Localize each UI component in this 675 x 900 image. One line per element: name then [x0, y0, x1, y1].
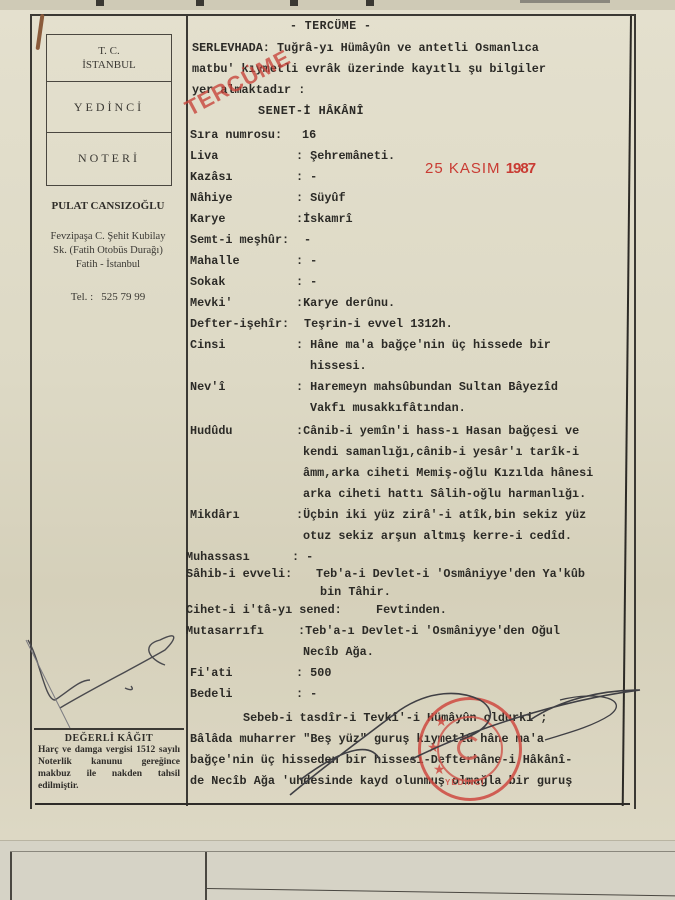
field-kaza: Kazâsı: -: [190, 170, 232, 184]
notary-ordinal: YEDİNCİ: [47, 82, 171, 133]
field-karye: Karye:İskamrî: [190, 212, 225, 226]
field-label: Sokak: [190, 275, 225, 289]
field-value: : -: [296, 687, 317, 701]
field-value-continued: arka ciheti hattı Sâlih-oğlu harmanlığı.: [303, 487, 586, 501]
star-icon: ★: [433, 762, 446, 779]
field-value-continued: Necîb Ağa.: [303, 645, 374, 659]
notary-header-box: T. C. İSTANBUL YEDİNCİ NOTERİ: [46, 34, 172, 186]
field-label: Mevki': [190, 296, 232, 310]
lower-sheet-border: [10, 852, 12, 900]
field-liva: Liva: Şehremâneti.: [190, 149, 218, 163]
field-value: : Süyûf: [296, 191, 346, 205]
field-value: :Teb'a-ı Devlet-i 'Osmâniyye'den Oğul: [298, 624, 560, 638]
fee-notice: DEĞERLİ KÂĞIT Harç ve damga vergisi 1512…: [34, 728, 184, 802]
field-label: Muhassası: [186, 550, 250, 564]
address-line: Fatih - İstanbul: [36, 258, 180, 272]
field-label: Fi'ati: [190, 666, 232, 680]
field-value: Fevtinden.: [376, 603, 447, 617]
field-nevi: Nev'î: Haremeyn mahsûbundan Sultan Bâyez…: [190, 380, 225, 394]
fee-notice-text: Harç ve damga vergisi 1512 sayılı Noterl…: [34, 744, 184, 792]
field-value: : -: [296, 170, 317, 184]
field-value-continued: otuz sekiz arşun altmış kerre-i cedîd.: [303, 529, 572, 543]
crescent-icon: [457, 736, 481, 760]
address-line: Sk. (Fatih Otobüs Durağı): [36, 244, 180, 258]
field-mevki: Mevki':Karye derûnu.: [190, 296, 232, 310]
field-value-continued: Vakfı musakkıfâtından.: [310, 401, 466, 415]
field-value: : -: [296, 275, 317, 289]
field-fiati: Fi'ati: 500: [190, 666, 232, 680]
field-mikdari: Mikdârı:Üçbin iki yüz zirâ'-i atîk,bin s…: [190, 508, 240, 522]
date-stamp-day-month: 25 KASIM: [425, 160, 501, 177]
field-label: Kazâsı: [190, 170, 232, 184]
field-value: :Karye derûnu.: [296, 296, 395, 310]
field-value: :Üçbin iki yüz zirâ'-i atîk,bin sekiz yü…: [296, 508, 586, 522]
star-icon: ★: [435, 714, 448, 731]
field-sahib-evveli: Sâhib-i evveli:Teb'a-i Devlet-i 'Osmâniy…: [186, 567, 292, 581]
date-stamp-year: 1987: [506, 160, 535, 177]
field-label: Semt-i meşhûr:: [190, 233, 289, 247]
field-value: :Cânib-i yemîn'i hass-ı Hasan bağçesi ve: [296, 424, 579, 438]
seal-text: YEDİNCİ: [445, 778, 484, 787]
field-muhassasi: Muhassası: -: [186, 550, 250, 564]
field-value-continued: bin Tâhir.: [320, 585, 391, 599]
notary-seal: ★ ★ ★ YEDİNCİ: [418, 697, 522, 801]
field-label: Nev'î: [190, 380, 225, 394]
lower-sheet-rule: [10, 851, 675, 852]
field-label: Karye: [190, 212, 225, 226]
field-sokak: Sokak: -: [190, 275, 225, 289]
field-label: Cinsi: [190, 338, 225, 352]
country-label: T. C.: [98, 44, 120, 58]
field-value: Teşrin-i evvel 1312h.: [304, 317, 453, 331]
intro-line: SERLEVHADA: Tuğrâ-yı Hümâyûn ve antetli …: [192, 41, 539, 55]
field-value: :İskamrî: [296, 212, 353, 226]
notary-label: NOTERİ: [78, 151, 140, 166]
field-mahalle: Mahalle: -: [190, 254, 240, 268]
address-line: Fevzipaşa C. Şehit Kubilay: [36, 230, 180, 244]
field-label: Hudûdu: [190, 424, 232, 438]
field-label: Sıra numrosu:: [190, 128, 282, 142]
field-hududu: Hudûdu:Cânib-i yemîn'i hass-ı Hasan bağç…: [190, 424, 232, 438]
field-value: Teb'a-i Devlet-i 'Osmâniyye'den Ya'kûb: [316, 567, 585, 581]
field-label: Liva: [190, 149, 218, 163]
notary-title: NOTERİ: [47, 133, 171, 183]
field-label: Cihet-i i'tâ-yı sened:: [186, 603, 342, 617]
field-value-continued: hissesi.: [310, 359, 367, 373]
field-defter: Defter-işehîr:Teşrin-i evvel 1312h.: [190, 317, 289, 331]
ordinal-label: YEDİNCİ: [74, 100, 144, 115]
field-cinsi: Cinsi: Hâne ma'a bağçe'nin üç hissede bi…: [190, 338, 225, 352]
field-value: : Şehremâneti.: [296, 149, 395, 163]
document-heading: - TERCÜME -: [290, 20, 371, 33]
bottom-rule: [35, 803, 630, 805]
field-bedeli: Bedeli: -: [190, 687, 232, 701]
field-semt: Semt-i meşhûr:-: [190, 233, 289, 247]
field-label: Bedeli: [190, 687, 232, 701]
star-icon: ★: [427, 740, 440, 757]
field-label: Mahalle: [190, 254, 240, 268]
notary-name: PULAT CANSIZOĞLU: [36, 200, 180, 212]
field-value: : Hâne ma'a bağçe'nin üç hissede bir: [296, 338, 551, 352]
field-mutasarrifi: Mutasarrıfı:Teb'a-ı Devlet-i 'Osmâniyye'…: [186, 624, 264, 638]
field-label: Mutasarrıfı: [186, 624, 264, 638]
city-label: İSTANBUL: [82, 58, 136, 72]
closing-line: de Necîb Ağa 'uhdesinde kayd olunmuş olm…: [190, 774, 572, 788]
phone-label: Tel. :: [71, 291, 93, 303]
field-sira-no: Sıra numrosu:16: [190, 128, 282, 142]
lower-sheet-divider: [205, 852, 207, 900]
notary-address: Fevzipaşa C. Şehit Kubilay Sk. (Fatih Ot…: [36, 230, 180, 272]
field-value-continued: kendi samanlığı,cânib-i yesâr'ı tarîk-i: [303, 445, 579, 459]
notary-country-city: T. C. İSTANBUL: [47, 35, 171, 82]
fee-notice-title: DEĞERLİ KÂĞIT: [34, 733, 184, 744]
field-value: -: [304, 233, 311, 247]
field-value: : -: [292, 550, 313, 564]
field-value: : -: [296, 254, 317, 268]
sidebar-divider: [186, 16, 188, 806]
field-nahiye: Nâhiye: Süyûf: [190, 191, 232, 205]
field-value: : 500: [296, 666, 331, 680]
field-value: : Haremeyn mahsûbundan Sultan Bâyezîd: [296, 380, 558, 394]
field-label: Sâhib-i evveli:: [186, 567, 292, 581]
field-cihet: Cihet-i i'tâ-yı sened:Fevtinden.: [186, 603, 342, 617]
date-stamp: 25 KASIM 1987: [425, 160, 535, 177]
field-label: Nâhiye: [190, 191, 232, 205]
document-title: SENET-İ HÂKÂNÎ: [258, 104, 364, 118]
field-label: Mikdârı: [190, 508, 240, 522]
previous-page-edge: [0, 0, 675, 10]
field-value-continued: âmm,arka ciheti Memiş-oğlu Kızılda hânes…: [303, 466, 593, 480]
phone-number: 525 79 99: [101, 291, 145, 303]
field-value: 16: [302, 128, 316, 142]
notary-phone: Tel. :525 79 99: [36, 291, 180, 303]
field-label: Defter-işehîr:: [190, 317, 289, 331]
